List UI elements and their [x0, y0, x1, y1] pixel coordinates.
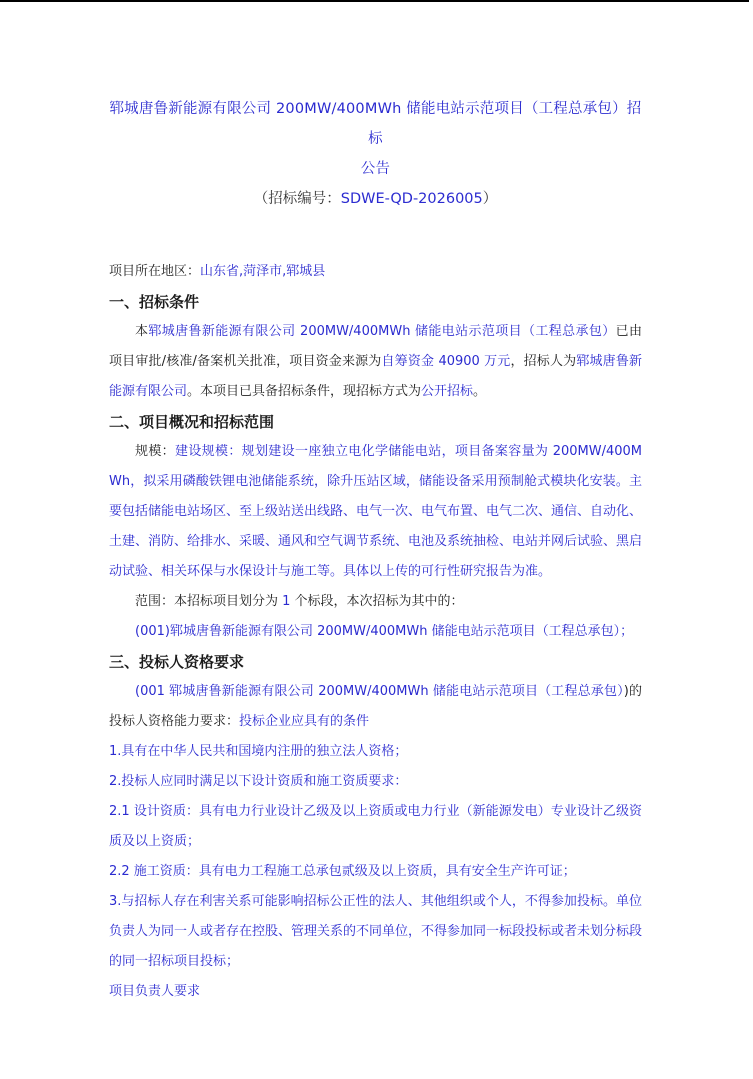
tender-method: 公开招标 [421, 384, 473, 399]
requirement-item: 2.投标人应同时满足以下设计资质和施工资质要求： [109, 767, 642, 797]
location-value: 山东省,菏泽市,郓城县 [200, 264, 325, 279]
text-segment: 范围：本招标项目划分为 [135, 594, 282, 609]
section-3-heading: 三、投标人资格要求 [109, 647, 642, 677]
lot-item: (001)郓城唐鲁新能源有限公司 200MW/400MWh 储能电站示范项目（工… [109, 617, 642, 647]
announcement-document: 郓城唐鲁新能源有限公司 200MW/400MWh 储能电站示范项目（工程总承包）… [109, 94, 642, 1007]
section-1-heading: 一、招标条件 [109, 287, 642, 317]
requirement-item: 1.具有在中华人民共和国境内注册的独立法人资格； [109, 737, 642, 767]
lot-name: (001 郓城唐鲁新能源有限公司 200MW/400MWh 储能电站示范项目（工… [135, 684, 624, 699]
project-location: 项目所在地区：山东省,菏泽市,郓城县 [109, 257, 642, 287]
scale-text: 建设规模：规划建设一座独立电化学储能电站，项目备案容量为 200MW/400MW… [109, 444, 642, 579]
text-segment: 。本项目已具备招标条件，现招标方式为 [187, 384, 421, 399]
qualification-summary: 投标企业应具有的条件 [239, 714, 369, 729]
funding-source: 自筹资金 40900 万元 [381, 354, 510, 369]
tender-code-value: SDWE-QD-2026005 [341, 191, 483, 207]
text-segment: 。 [473, 384, 486, 399]
requirement-item: 3.与招标人存在利害关系可能影响招标公正性的法人、其他组织或个人，不得参加投标。… [109, 887, 642, 977]
range-paragraph: 范围：本招标项目划分为 1 个标段，本次招标为其中的： [109, 587, 642, 617]
location-label: 项目所在地区： [109, 264, 200, 279]
tender-code: （招标编号：SDWE-QD-2026005） [109, 184, 642, 214]
requirement-item: 2.2 施工资质：具有电力工程施工总承包贰级及以上资质，具有安全生产许可证； [109, 857, 642, 887]
title-line-1: 郓城唐鲁新能源有限公司 200MW/400MWh 储能电站示范项目（工程总承包）… [109, 94, 642, 154]
document-title: 郓城唐鲁新能源有限公司 200MW/400MWh 储能电站示范项目（工程总承包）… [109, 94, 642, 184]
tender-code-suffix: ） [483, 191, 498, 207]
title-line-2: 公告 [109, 154, 642, 184]
page-top-rule [0, 0, 749, 2]
qualification-intro: (001 郓城唐鲁新能源有限公司 200MW/400MWh 储能电站示范项目（工… [109, 677, 642, 737]
requirement-item: 2.1 设计资质：具有电力行业设计乙级及以上资质或电力行业（新能源发电）专业设计… [109, 797, 642, 857]
text-segment: 个标段，本次招标为其中的： [290, 594, 463, 609]
scale-label: 规模： [135, 444, 175, 459]
project-name: 郓城唐鲁新能源有限公司 200MW/400MWh 储能电站示范项目（工程总承包） [148, 324, 615, 339]
tender-code-prefix: （招标编号： [254, 191, 341, 207]
text-segment: 本 [135, 324, 148, 339]
section-2-heading: 二、项目概况和招标范围 [109, 407, 642, 437]
text-segment: ，招标人为 [510, 354, 576, 369]
project-manager-requirement: 项目负责人要求 [109, 977, 642, 1007]
section-1-paragraph: 本郓城唐鲁新能源有限公司 200MW/400MWh 储能电站示范项目（工程总承包… [109, 317, 642, 407]
scale-paragraph: 规模：建设规模：规划建设一座独立电化学储能电站，项目备案容量为 200MW/40… [109, 437, 642, 587]
